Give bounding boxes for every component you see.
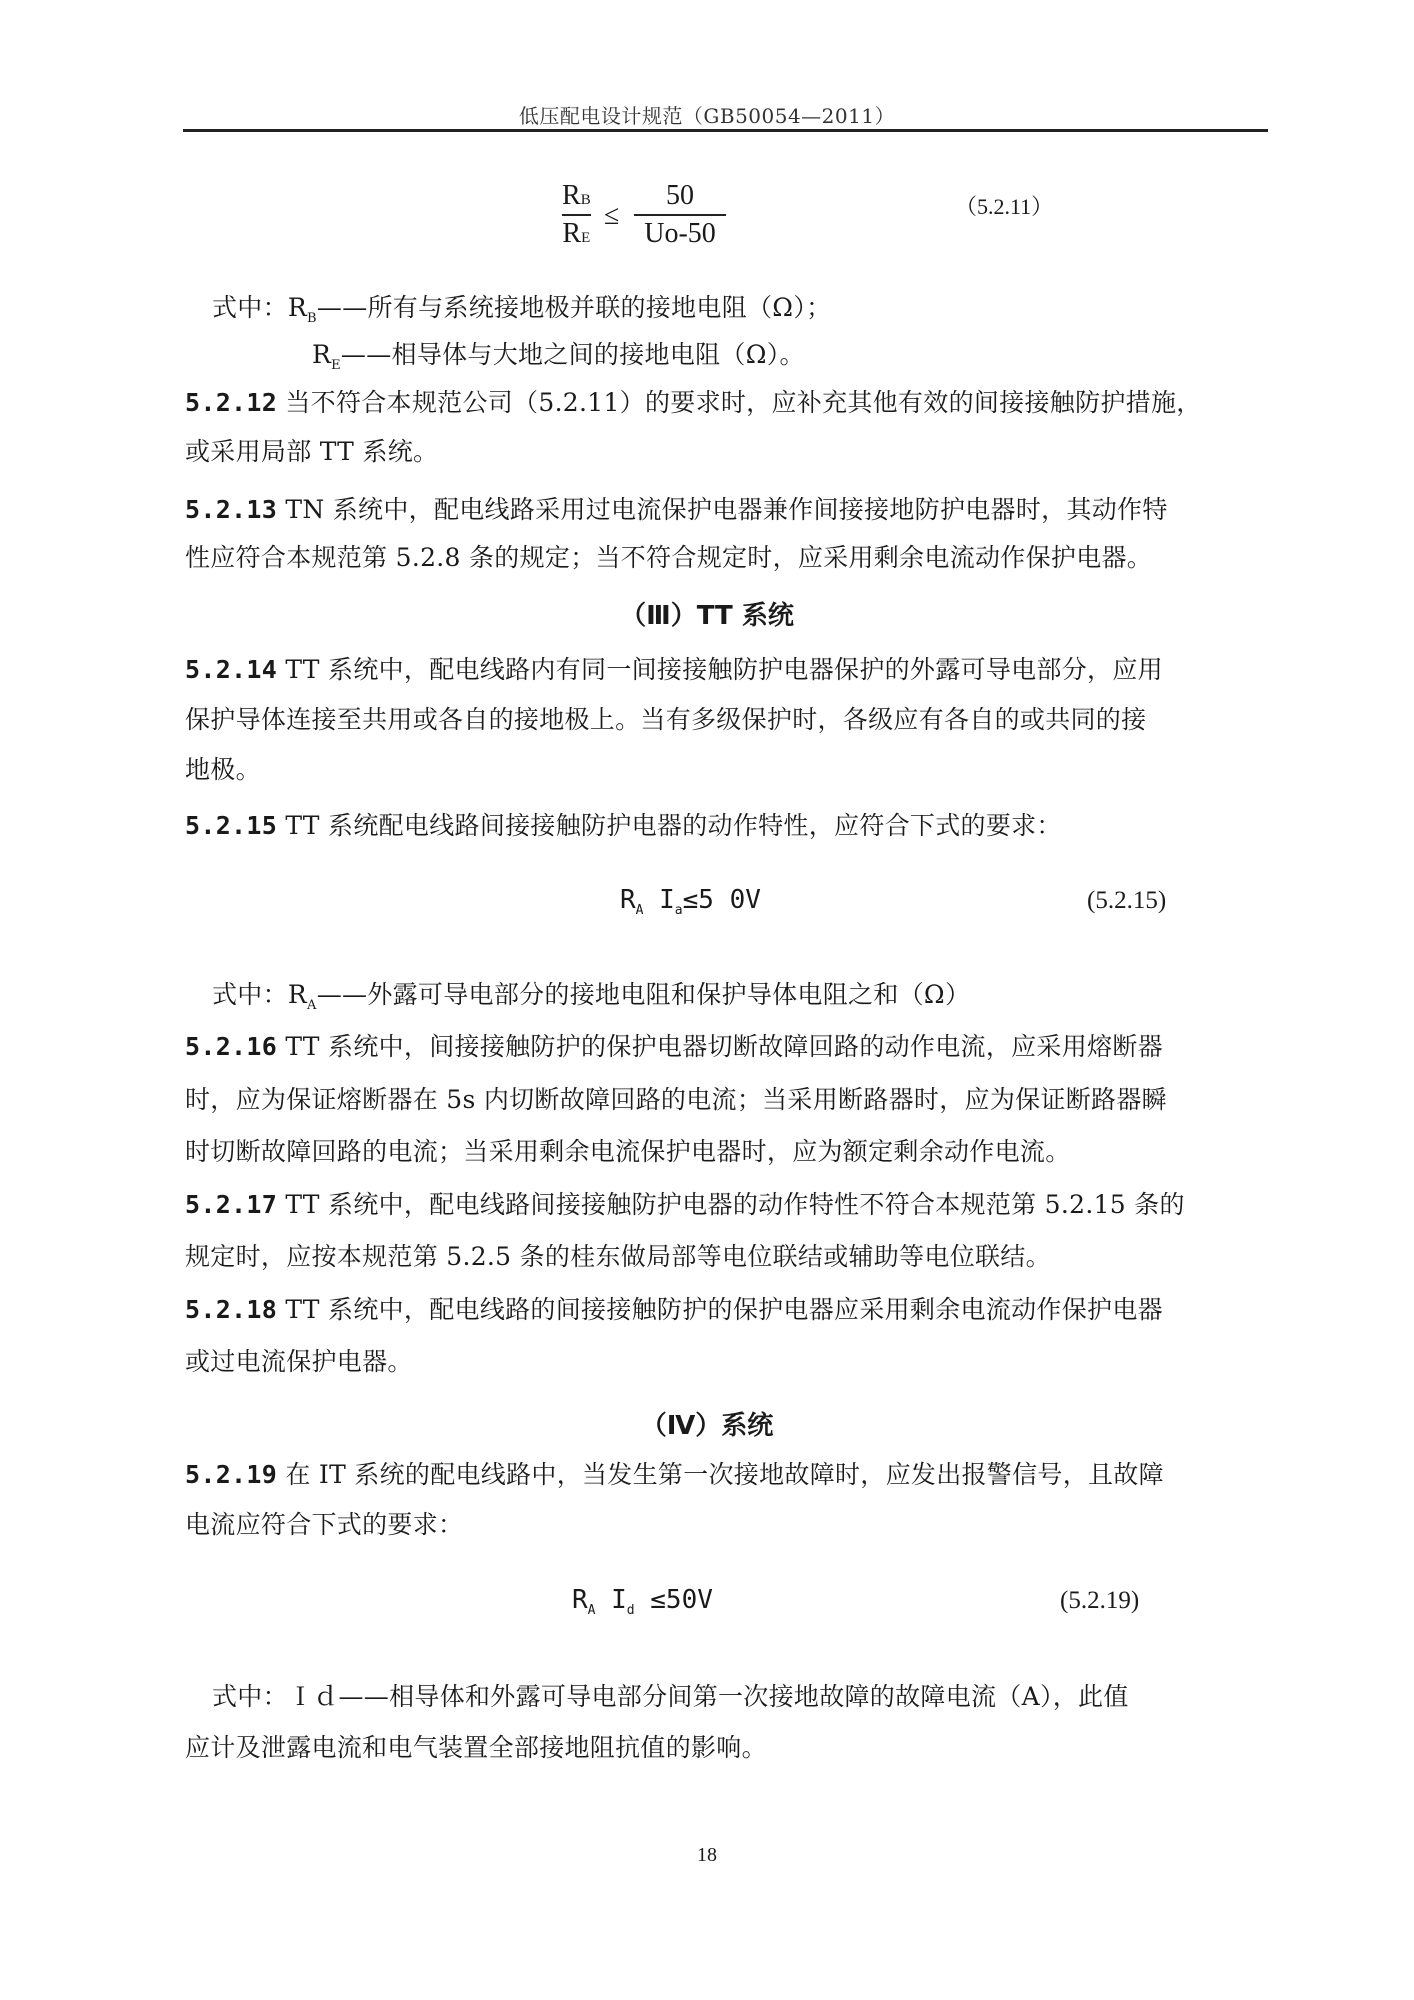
denominator-right: Uo-50 <box>644 218 716 250</box>
fraction-right: 50 Uo-50 <box>634 180 726 250</box>
equation-number: （5.2.11） <box>955 190 1053 221</box>
clause-5-2-18-line1: 5.2.18 TT 系统中，配电线路的间接接触防护的保护电器应采用剩余电流动作保… <box>185 1290 1163 1326</box>
clause-5-2-14-line1: 5.2.14 TT 系统中，配电线路内有同一间接接触防护电器保护的外露可导电部分… <box>185 650 1163 686</box>
clause-5-2-13-line1: 5.2.13 TN 系统中，配电线路采用过电流保护电器兼作间接接地防护电器时，其… <box>185 490 1168 526</box>
numerator-left: RB <box>562 180 591 212</box>
fraction-bar <box>634 214 726 216</box>
page-number: 18 <box>0 1844 1414 1867</box>
clause-5-2-17-line2: 规定时，应按本规范第 5.2.5 条的桂东做局部等电位联结或辅助等电位联结。 <box>185 1237 1051 1273</box>
clause-5-2-12-line2: 或采用局部 TT 系统。 <box>185 432 438 468</box>
denominator-left: RE <box>562 218 590 250</box>
clause-number: 5.2.19 <box>185 1460 277 1489</box>
formula-legend-ra: 式中：RA——外露可导电部分的接地电阻和保护导体电阻之和（Ω） <box>212 975 970 1013</box>
clause-5-2-16-line3: 时切断故障回路的电流；当采用剩余电流保护电器时，应为额定剩余动作电流。 <box>185 1132 1071 1168</box>
clause-5-2-19-line1: 5.2.19 在 IT 系统的配电线路中，当发生第一次接地故障时，应发出报警信号… <box>185 1455 1164 1491</box>
header-divider <box>183 129 1268 132</box>
numerator-right: 50 <box>666 180 694 212</box>
formula-legend-id-line2: 应计及泄露电流和电气装置全部接地阻抗值的影响。 <box>185 1728 767 1764</box>
leq-operator: ≤ <box>604 200 619 232</box>
clause-5-2-12-line1: 5.2.12 当不符合本规范公司（5.2.11）的要求时，应补充其他有效的间接接… <box>185 383 1202 419</box>
clause-number: 5.2.12 <box>185 388 277 417</box>
formula-legend-rb: 式中：RB——所有与系统接地极并联的接地电阻（Ω）； <box>212 288 831 326</box>
section-heading-it: （Ⅳ）系统 <box>0 1405 1414 1442</box>
fraction-left: RB RE <box>562 180 591 250</box>
formula-legend-id-line1: 式中：Ｉｄ——相导体和外露可导电部分间第一次接地故障的故障电流（A），此值 <box>212 1677 1129 1713</box>
clause-5-2-14-line2: 保护导体连接至共用或各自的接地极上。当有多级保护时，各级应有各自的或共同的接 <box>185 700 1146 736</box>
clause-5-2-13-line2: 性应符合本规范第 5.2.8 条的规定；当不符合规定时，应采用剩余电流动作保护电… <box>185 538 1152 574</box>
clause-number: 5.2.13 <box>185 495 277 524</box>
clause-number: 5.2.16 <box>185 1032 277 1061</box>
section-heading-tt: （Ⅲ）TT 系统 <box>0 595 1414 632</box>
clause-number: 5.2.17 <box>185 1190 277 1219</box>
clause-5-2-16-line1: 5.2.16 TT 系统中，间接接触防护的保护电器切断故障回路的动作电流，应采用… <box>185 1027 1163 1063</box>
clause-5-2-17-line1: 5.2.17 TT 系统中，配电线路间接接触防护电器的动作特性不符合本规范第 5… <box>185 1185 1185 1221</box>
formula-5-2-15: RA Ia≤5 0V <box>620 885 761 918</box>
clause-5-2-18-line2: 或过电流保护电器。 <box>185 1342 413 1378</box>
formula-legend-re: RE——相导体与大地之间的接地电阻（Ω）。 <box>312 335 805 373</box>
clause-number: 5.2.18 <box>185 1295 277 1324</box>
formula-5-2-19: RA Id ≤50V <box>572 1585 713 1618</box>
clause-number: 5.2.15 <box>185 811 277 840</box>
clause-5-2-14-line3: 地极。 <box>185 750 261 786</box>
clause-number: 5.2.14 <box>185 655 277 684</box>
equation-number: (5.2.15) <box>1087 887 1166 915</box>
clause-5-2-15-line1: 5.2.15 TT 系统配电线路间接接触防护电器的动作特性，应符合下式的要求： <box>185 806 1062 842</box>
document-title: 低压配电设计规范（GB50054—2011） <box>0 100 1414 129</box>
clause-5-2-19-line2: 电流应符合下式的要求： <box>185 1505 463 1541</box>
clause-5-2-16-line2: 时，应为保证熔断器在 5s 内切断故障回路的电流；当采用断路器时，应为保证断路器… <box>185 1080 1167 1116</box>
equation-number: (5.2.19) <box>1060 1587 1139 1615</box>
fraction-bar <box>562 214 591 216</box>
